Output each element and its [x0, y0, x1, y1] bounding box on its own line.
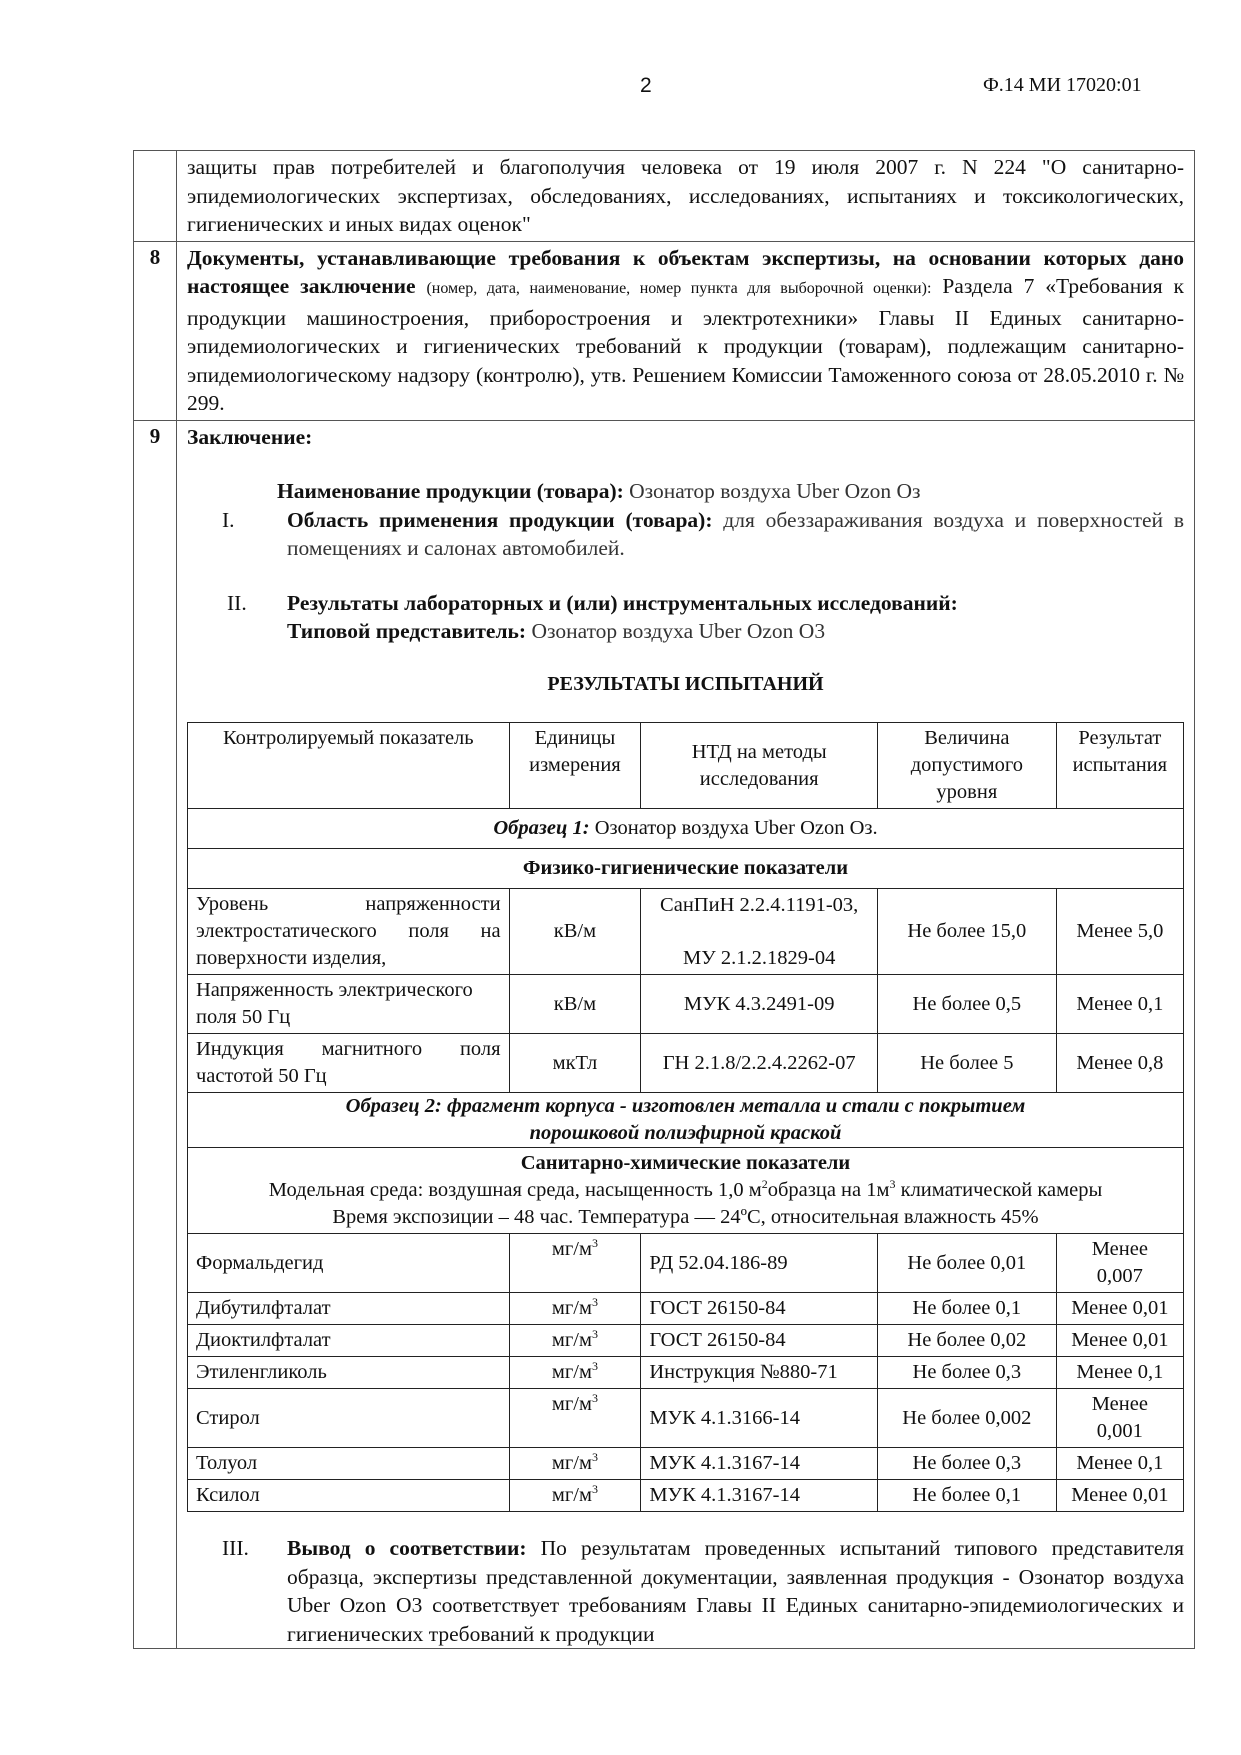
result-cell: Менее 5,0: [1056, 889, 1183, 975]
method-cell: ГН 2.1.8/2.2.4.2262-07: [641, 1034, 878, 1093]
table-row: Индукция магнитного поля частотой 50 Гц …: [188, 1034, 1184, 1093]
sample-1-row: Образец 1: Озонатор воздуха Uber Ozon Оз…: [188, 809, 1184, 849]
results-title: РЕЗУЛЬТАТЫ ИСПЫТАНИЙ: [187, 670, 1184, 699]
result-cell: Менее 0,1: [1056, 975, 1183, 1034]
results-header-row: Контролируемый показатель Единицы измере…: [188, 723, 1184, 809]
result-cell: Менее 0,01: [1056, 1293, 1183, 1325]
method-line-1: СанПиН 2.2.4.1191-03,: [649, 892, 869, 919]
limit-cell: Не более 0,5: [878, 975, 1057, 1034]
indicator-cell: Толуол: [188, 1448, 510, 1480]
lab-results-label: Результаты лабораторных и (или) инструме…: [287, 589, 1184, 618]
result-cell: Менее 0,001: [1056, 1389, 1183, 1448]
result-cell: Менее 0,007: [1056, 1234, 1183, 1293]
row-number-empty: [134, 151, 177, 242]
method-cell: ГОСТ 26150-84: [641, 1325, 878, 1357]
table-row: Ксилолмг/м3МУК 4.1.3167-14Не более 0,1Ме…: [188, 1480, 1184, 1512]
table-row: Диоктилфталатмг/м3ГОСТ 26150-84Не более …: [188, 1325, 1184, 1357]
row-7-text: защиты прав потребителей и благополучия …: [177, 151, 1195, 242]
limit-cell: Не более 0,3: [878, 1357, 1057, 1389]
header-indicator: Контролируемый показатель: [188, 723, 510, 809]
indicator-cell: Диоктилфталат: [188, 1325, 510, 1357]
limit-cell: Не более 15,0: [878, 889, 1057, 975]
row-8-note: (номер, дата, наименование, номер пункта…: [426, 280, 931, 297]
row-number: 8: [134, 241, 177, 420]
row-number: 9: [134, 420, 177, 1649]
section-i: I. Область применения продукции (товара)…: [187, 506, 1184, 563]
row-8-content: Документы, устанавливающие требования к …: [177, 241, 1195, 420]
indicator-cell: Ксилол: [188, 1480, 510, 1512]
indicator-cell: Стирол: [188, 1389, 510, 1448]
row-8: 8 Документы, устанавливающие требования …: [134, 241, 1195, 420]
conclusion-table: защиты прав потребителей и благополучия …: [133, 150, 1195, 1649]
indicator-cell: Формальдегид: [188, 1234, 510, 1293]
unit-cell: мг/м3: [509, 1325, 641, 1357]
indicator-cell: Уровень напряженности электростатическог…: [188, 889, 510, 975]
section-ii: II. Результаты лабораторных и (или) инст…: [187, 589, 1184, 646]
header-limit: Величина допустимого уровня: [878, 723, 1057, 809]
chemical-rows: Формальдегидмг/м3РД 52.04.186-89Не более…: [188, 1234, 1184, 1512]
limit-cell: Не более 0,1: [878, 1293, 1057, 1325]
table-row: Толуолмг/м3МУК 4.1.3167-14Не более 0,3Ме…: [188, 1448, 1184, 1480]
limit-cell: Не более 0,02: [878, 1325, 1057, 1357]
section-iii: III. Вывод о соответствии: По результата…: [187, 1534, 1184, 1648]
limit-cell: Не более 0,01: [878, 1234, 1057, 1293]
unit-cell: мг/м3: [509, 1293, 641, 1325]
result-cell: Менее 0,01: [1056, 1325, 1183, 1357]
exposure-conditions: Время экспозиции – 48 час. Температура —…: [196, 1204, 1175, 1231]
method-cell: Инструкция №880-71: [641, 1357, 878, 1389]
product-name-value: Озонатор воздуха Uber Ozon Оз: [629, 479, 920, 503]
unit-cell: мг/м3: [509, 1234, 641, 1293]
document-code: Ф.14 МИ 17020:01: [983, 74, 1142, 97]
result-cell: Менее 0,01: [1056, 1480, 1183, 1512]
unit-cell: мг/м3: [509, 1480, 641, 1512]
method-cell: МУК 4.1.3166-14: [641, 1389, 878, 1448]
table-row: Формальдегидмг/м3РД 52.04.186-89Не более…: [188, 1234, 1184, 1293]
group-physical: Физико-гигиенические показатели: [188, 849, 1184, 889]
header-units: Единицы измерения: [509, 723, 641, 809]
method-cell: МУК 4.1.3167-14: [641, 1448, 878, 1480]
limit-cell: Не более 0,002: [878, 1389, 1057, 1448]
model-environment: Модельная среда: воздушная среда, насыще…: [196, 1177, 1175, 1204]
result-cell: Менее 0,8: [1056, 1034, 1183, 1093]
group-chemical-row: Санитарно-химические показатели Модельна…: [188, 1148, 1184, 1234]
typical-representative: Типовой представитель: Озонатор воздуха …: [287, 617, 1184, 646]
result-cell: Менее 0,1: [1056, 1448, 1183, 1480]
representative-value: Озонатор воздуха Uber Ozon O3: [531, 619, 825, 643]
header-method: НТД на методы исследования: [641, 723, 878, 809]
row-9-title: Заключение:: [187, 423, 1184, 452]
representative-label: Типовой представитель:: [287, 619, 526, 643]
sample-2-row: Образец 2: фрагмент корпуса - изготовлен…: [188, 1093, 1184, 1148]
row-7-continuation: защиты прав потребителей и благополучия …: [134, 151, 1195, 242]
section-iii-numeral: III.: [187, 1534, 287, 1648]
method-line-2: МУ 2.1.2.1829-04: [649, 945, 869, 972]
indicator-cell: Дибутилфталат: [188, 1293, 510, 1325]
table-row: Уровень напряженности электростатическог…: [188, 889, 1184, 975]
method-cell: МУК 4.1.3167-14: [641, 1480, 878, 1512]
limit-cell: Не более 5: [878, 1034, 1057, 1093]
unit-cell: мг/м3: [509, 1389, 641, 1448]
conformity-label: Вывод о соответствии:: [287, 1536, 527, 1560]
page-number: 2: [640, 74, 652, 98]
sample-2-description: Образец 2: фрагмент корпуса - изготовлен…: [188, 1093, 1184, 1148]
row-9-content: Заключение: Наименование продукции (това…: [177, 420, 1195, 1649]
method-cell: СанПиН 2.2.4.1191-03, МУ 2.1.2.1829-04: [641, 889, 878, 975]
product-name-label: Наименование продукции (товара):: [277, 479, 624, 503]
indicator-cell: Этиленгликоль: [188, 1357, 510, 1389]
section-ii-numeral: II.: [187, 589, 287, 646]
unit-cell: кВ/м: [509, 889, 641, 975]
group-physical-row: Физико-гигиенические показатели: [188, 849, 1184, 889]
unit-cell: мкТл: [509, 1034, 641, 1093]
application-label: Область применения продукции (товара):: [287, 508, 713, 532]
unit-cell: мг/м3: [509, 1357, 641, 1389]
limit-cell: Не более 0,1: [878, 1480, 1057, 1512]
indicator-cell: Напряженность электрического поля 50 Гц: [188, 975, 510, 1034]
unit-cell: мг/м3: [509, 1448, 641, 1480]
section-i-numeral: I.: [187, 506, 287, 563]
table-row: Дибутилфталатмг/м3ГОСТ 26150-84Не более …: [188, 1293, 1184, 1325]
row-9: 9 Заключение: Наименование продукции (то…: [134, 420, 1195, 1649]
table-row: Стиролмг/м3МУК 4.1.3166-14Не более 0,002…: [188, 1389, 1184, 1448]
table-row: Этиленгликольмг/м3Инструкция №880-71Не б…: [188, 1357, 1184, 1389]
product-name: Наименование продукции (товара): Озонато…: [277, 477, 1184, 506]
sample-1-label: Образец 1:: [493, 817, 589, 839]
unit-cell: кВ/м: [509, 975, 641, 1034]
method-cell: МУК 4.3.2491-09: [641, 975, 878, 1034]
result-cell: Менее 0,1: [1056, 1357, 1183, 1389]
header-result: Результат испытания: [1056, 723, 1183, 809]
limit-cell: Не более 0,3: [878, 1448, 1057, 1480]
sample-1-value: Озонатор воздуха Uber Ozon Оз.: [595, 817, 878, 839]
group-chemical: Санитарно-химические показатели: [196, 1150, 1175, 1177]
table-row: Напряженность электрического поля 50 Гц …: [188, 975, 1184, 1034]
indicator-cell: Индукция магнитного поля частотой 50 Гц: [188, 1034, 510, 1093]
test-results-table: Контролируемый показатель Единицы измере…: [187, 722, 1184, 1512]
method-cell: РД 52.04.186-89: [641, 1234, 878, 1293]
method-cell: ГОСТ 26150-84: [641, 1293, 878, 1325]
